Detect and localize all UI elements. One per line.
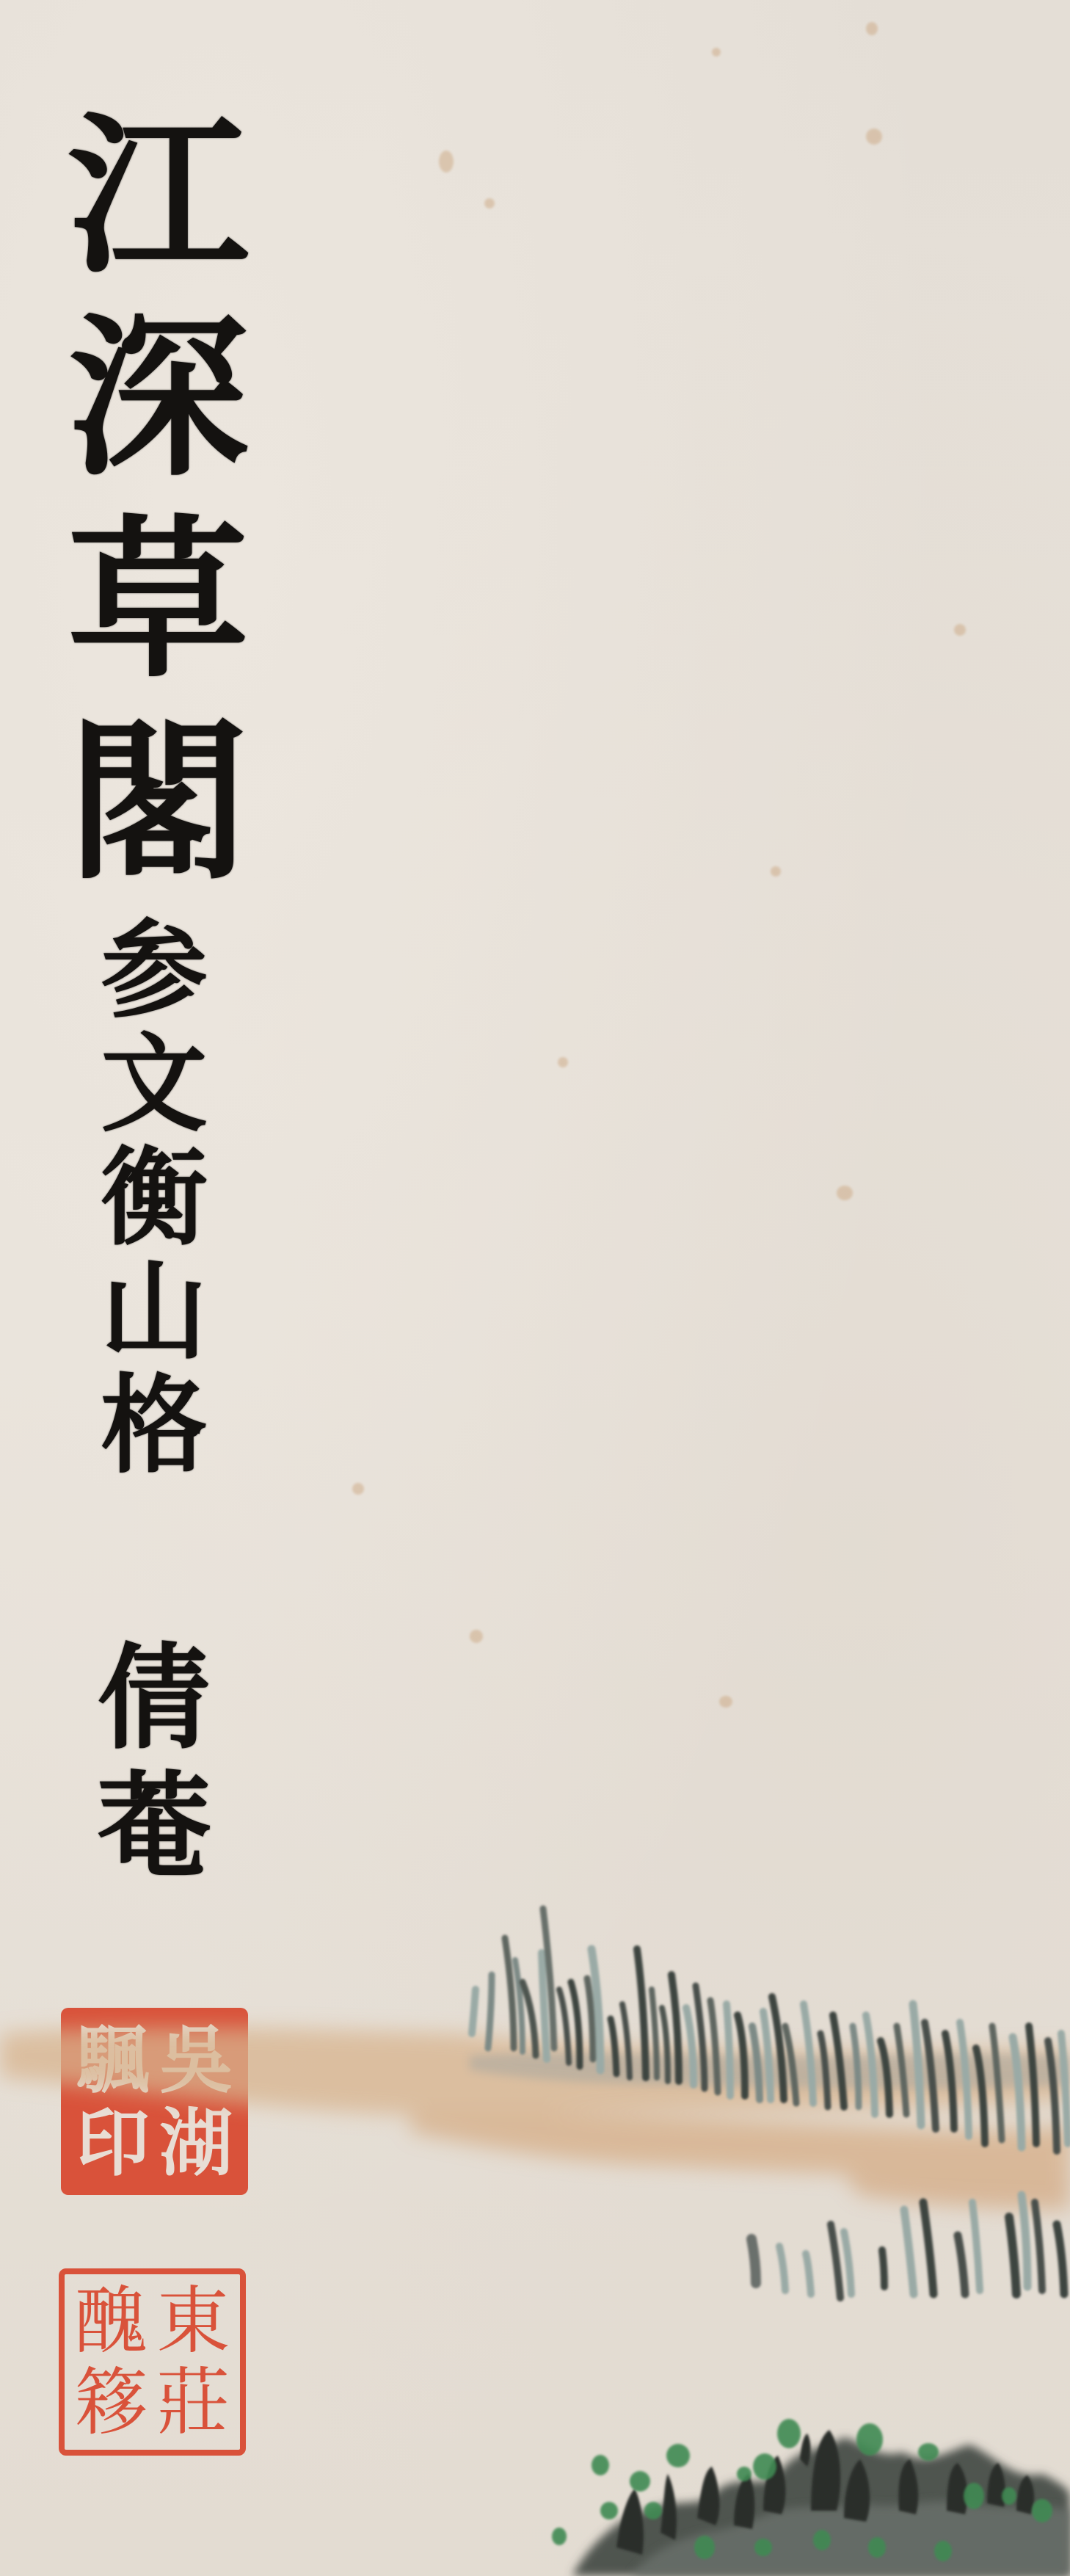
inscription-char: 山 [101,1255,208,1369]
inscription-char: 格 [101,1369,208,1483]
foreground-hill [552,2419,1070,2576]
title-char: 江 [68,95,249,297]
foxing-spot [866,128,882,145]
foxing-spot [719,1696,732,1708]
inscription-char: 参 [101,914,208,1028]
title-char: 深 [68,297,249,499]
foxing-spot [771,866,781,877]
lower-reeds [751,2195,1064,2298]
foxing-spot [484,198,495,208]
painting: 江 深 草 閣 参 文 衡 山 格 倩 菴 吳 湖 颿 印 東 莊 醜 簃 [0,0,1070,2576]
inscription-calligraphy: 参 文 衡 山 格 [44,914,264,1483]
inscription-char: 衡 [101,1142,208,1255]
signature-char: 菴 [98,1762,211,1890]
foxing-spot [837,1186,853,1200]
inscription-char: 文 [101,1028,208,1142]
foxing-spot [352,1483,364,1495]
foxing-spot [470,1630,483,1643]
title-calligraphy: 江 深 草 閣 [37,95,279,903]
foxing-spot [439,150,454,173]
title-char: 草 [68,499,249,701]
foxing-spot [866,22,878,35]
landscape-scene [0,1872,1070,2576]
foxing-spot [712,48,721,57]
foxing-spot [954,624,966,636]
title-char: 閣 [68,701,249,903]
foxing-spot [558,1057,568,1067]
signature-char: 倩 [98,1633,211,1762]
artist-signature: 倩 菴 [59,1633,250,1890]
